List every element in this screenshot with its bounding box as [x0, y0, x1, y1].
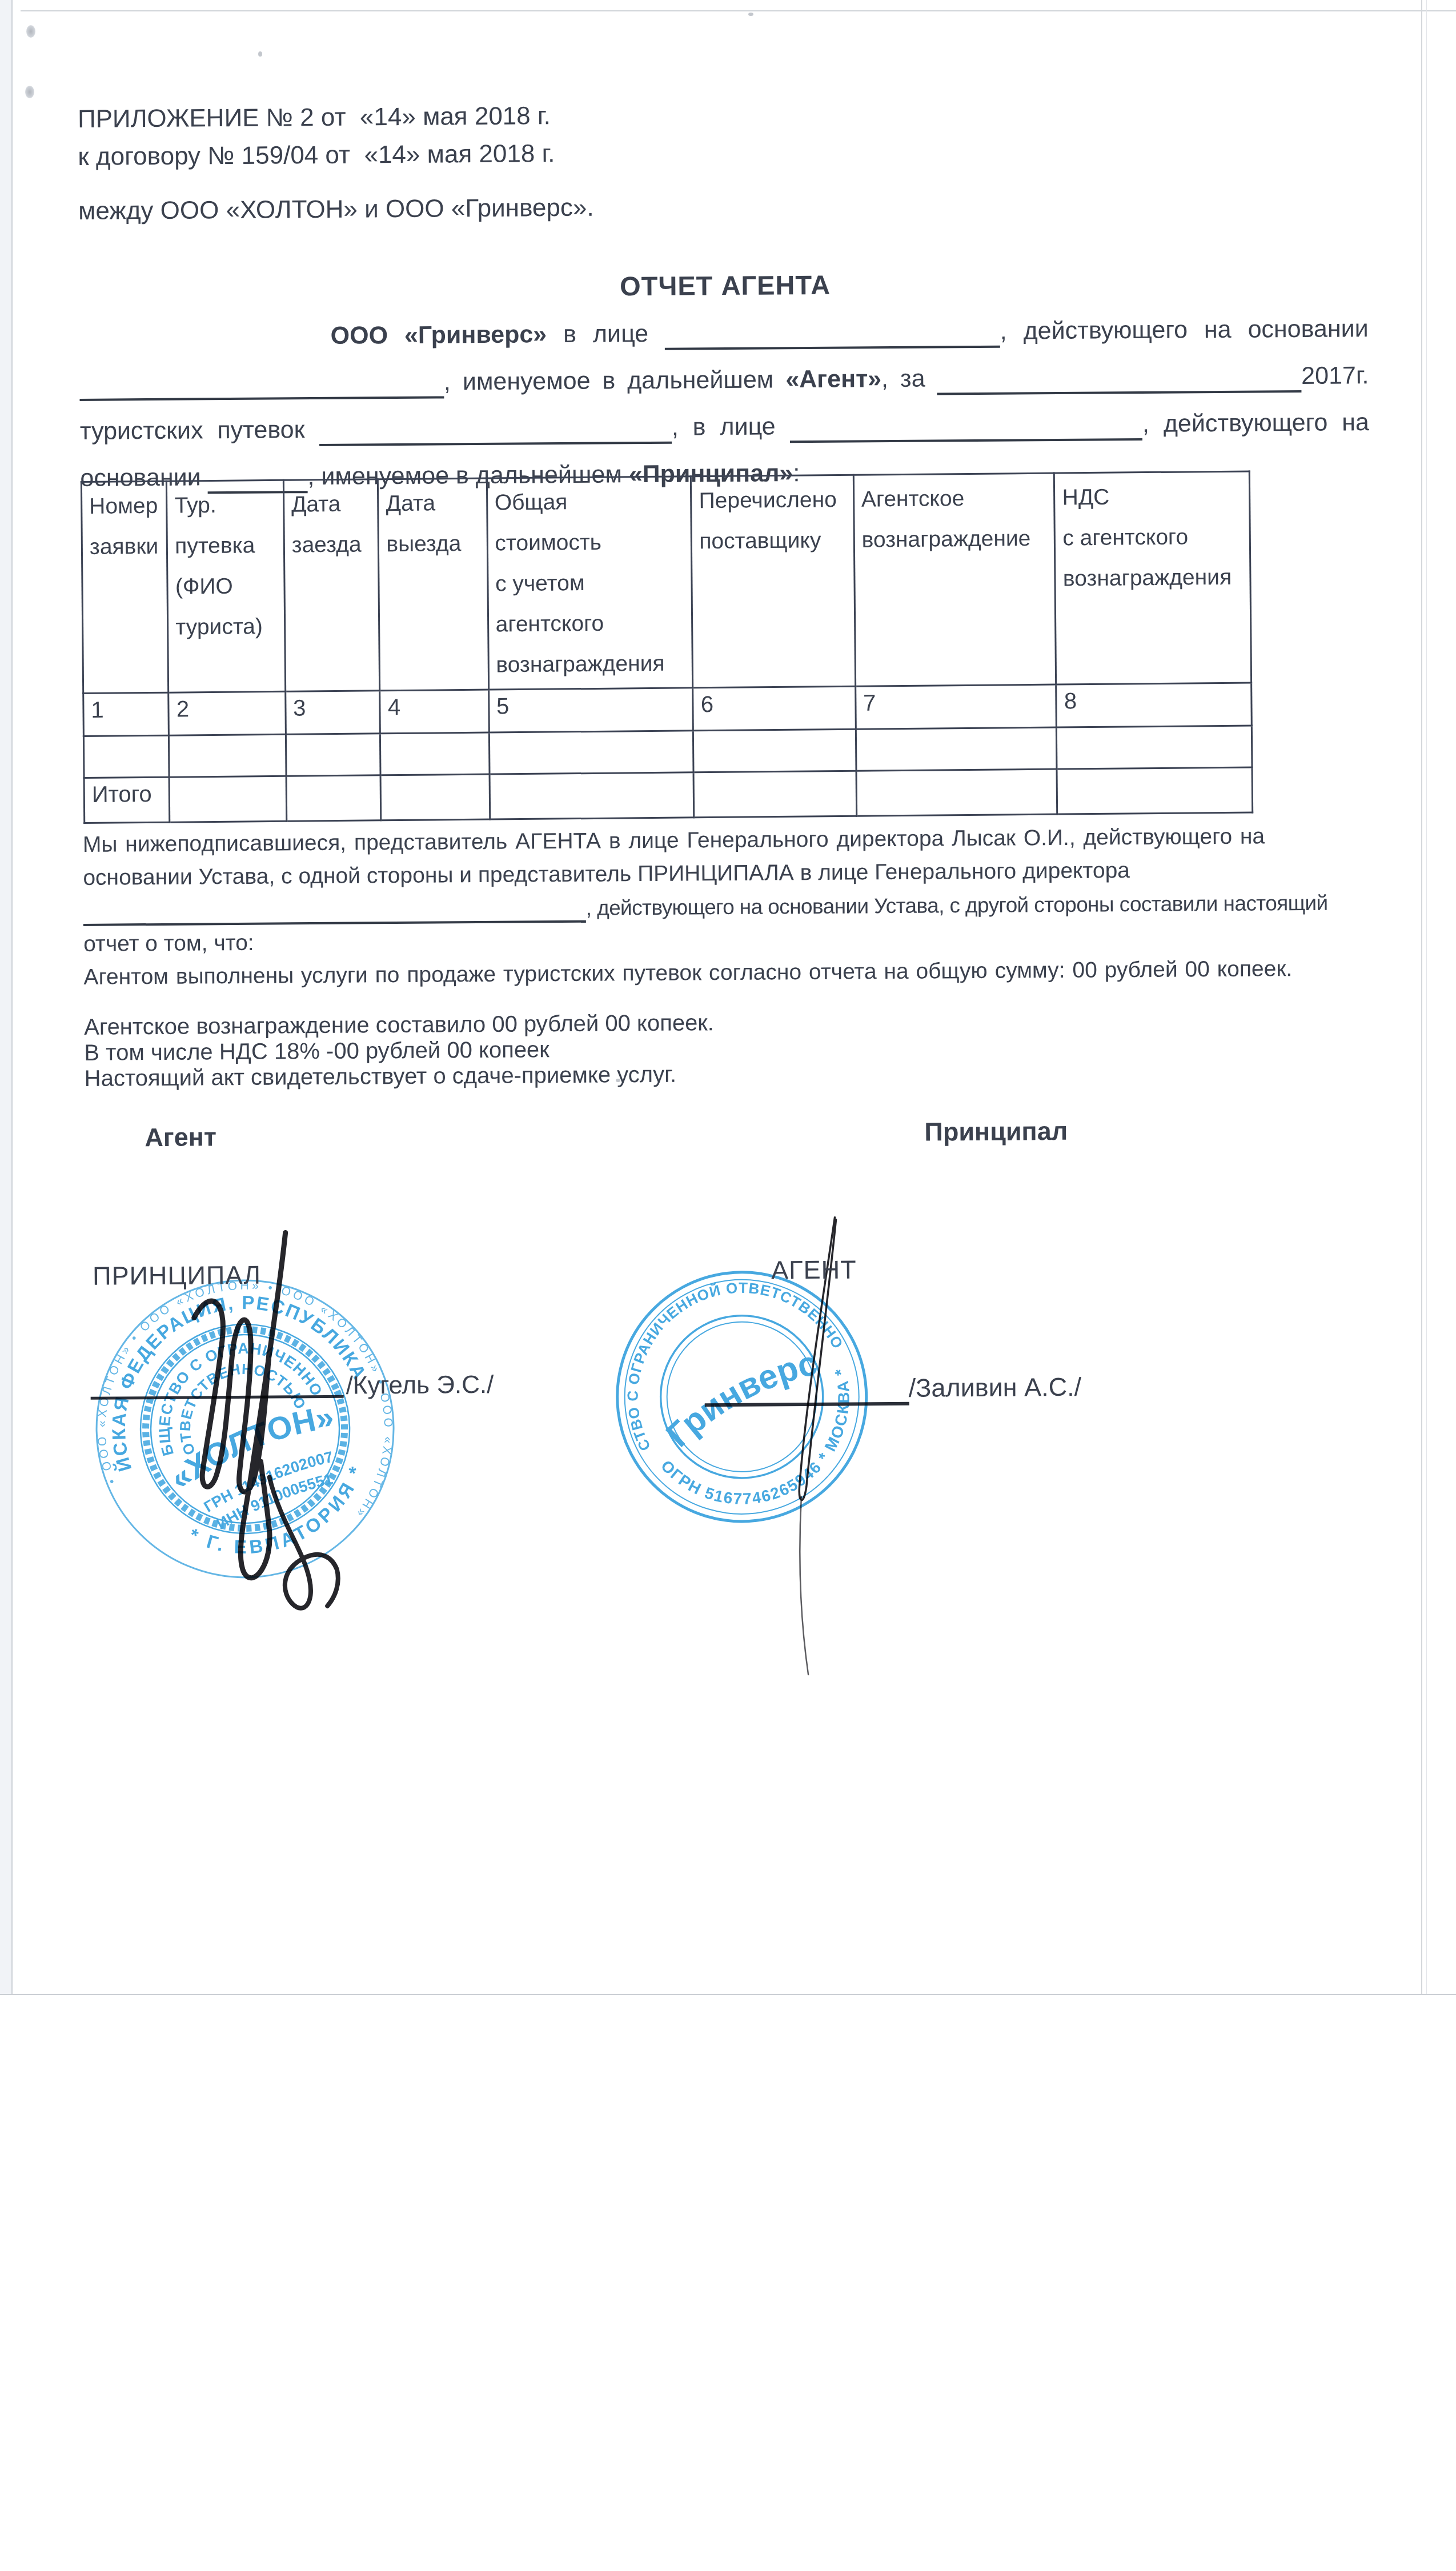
report-table: Номер заявкиТур. путевка (ФИО туриста)Да…	[81, 470, 1253, 824]
document-line: , именуемое в дальнейшем «Агент», за 201…	[79, 349, 1369, 405]
table-cell: 7	[855, 684, 1056, 729]
text-segment: туристских путевок	[80, 416, 319, 451]
table-header-cell: Общая стоимость с учетом агентского возн…	[487, 476, 693, 690]
scanned-document-page: ПРИЛОЖЕНИЕ № 2 от «14» мая 2018 г. к дог…	[0, 0, 1456, 2571]
table-cell	[1057, 726, 1252, 769]
table-cell	[286, 775, 381, 822]
text-segment: отчет о том, что:	[83, 931, 254, 962]
appendix-line-1: ПРИЛОЖЕНИЕ № 2 от «14» мая 2018 г.	[78, 102, 551, 134]
table-cell	[489, 731, 694, 774]
document-title: ОТЧЕТ АГЕНТА	[620, 269, 831, 302]
table-cell: 1	[83, 692, 169, 736]
text-segment: , действующего на основании Устава, с др…	[586, 891, 1328, 925]
table-cell: 8	[1056, 683, 1252, 727]
blank-underline	[665, 346, 1000, 350]
text-segment: , за	[881, 365, 937, 399]
text-segment: в лице	[547, 320, 665, 354]
text-segment: , действующего на	[1142, 409, 1369, 444]
table-cell	[693, 771, 856, 818]
table-cell	[1057, 767, 1252, 814]
intro-paragraph: ООО «Гринверс» в лице , действующего на …	[79, 302, 1369, 498]
report-table-wrapper: Номер заявкиТур. путевка (ФИО туриста)Да…	[81, 470, 1253, 824]
document-content: ПРИЛОЖЕНИЕ № 2 от «14» мая 2018 г. к дог…	[0, 0, 1456, 2000]
principal-signature-label: ПРИНЦИПАЛ	[93, 1260, 261, 1291]
table-header-cell: Перечислено поставщику	[691, 475, 856, 688]
table-header-row: Номер заявкиТур. путевка (ФИО туриста)Да…	[81, 471, 1251, 694]
table-header-cell: НДС с агентского вознаграждения	[1054, 471, 1252, 684]
principal-signatory-name: /Кугель Э.С./	[346, 1371, 494, 1400]
agent-column-header: Агент	[145, 1122, 216, 1152]
agent-signature-stroke	[800, 1496, 808, 1675]
text-segment: ООО «Гринверс»	[331, 321, 547, 356]
text-segment: «Агент»	[785, 365, 881, 399]
table-header-cell: Тур. путевка (ФИО туриста)	[167, 480, 286, 692]
table-header-cell: Агентское вознаграждение	[853, 473, 1056, 686]
blank-underline	[79, 396, 444, 401]
blank-underline	[319, 442, 672, 446]
table-cell	[83, 735, 169, 778]
table-header-cell: Дата заезда	[283, 479, 380, 691]
document-line: туристских путевок , в лице , действующе…	[80, 395, 1370, 451]
table-cell: 4	[380, 690, 489, 734]
table-cell	[693, 729, 856, 772]
text-segment: 2017г.	[1301, 362, 1369, 396]
totals-block: Агентское вознаграждение составило 00 ру…	[84, 1006, 1374, 1092]
table-header-cell: Дата выезда	[378, 478, 489, 691]
table-cell	[380, 732, 490, 775]
agent-signatory-name: /Заливин А.С./	[908, 1372, 1081, 1403]
blank-underline	[790, 438, 1142, 443]
table-cell: Итого	[84, 777, 170, 823]
table-cell	[286, 734, 380, 776]
table-cell	[856, 727, 1057, 771]
between-parties-line: между ООО «ХОЛТОН» и ООО «Гринверс».	[78, 194, 594, 226]
body-paragraph: Мы нижеподписавшиеся, представитель АГЕН…	[83, 820, 1373, 995]
appendix-line-2: к договору № 159/04 от «14» мая 2018 г.	[78, 139, 555, 171]
text-segment: , в лице	[672, 413, 790, 447]
table-cell	[380, 774, 490, 820]
table-cell: 6	[693, 686, 856, 731]
text-segment: Агентом выполнены услуги по продаже тури…	[83, 956, 1292, 995]
table-cell	[169, 734, 286, 777]
table-cell: 3	[285, 691, 380, 735]
table-cell	[169, 776, 286, 822]
table-cell	[490, 772, 695, 819]
table-cell: 5	[488, 688, 693, 732]
table-cell	[856, 769, 1057, 816]
document-line: ООО «Гринверс» в лице , действующего на …	[79, 302, 1369, 358]
principal-signature-stroke	[270, 1477, 338, 1608]
blank-underline	[937, 390, 1302, 395]
table-header-cell: Номер заявки	[81, 481, 169, 693]
text-segment: , именуемое в дальнейшем	[444, 366, 786, 402]
table-cell: 2	[169, 691, 286, 735]
agent-signature-label: АГЕНТ	[771, 1255, 857, 1285]
text-segment: , действующего на основании	[1000, 315, 1369, 351]
principal-column-header: Принципал	[924, 1116, 1068, 1147]
